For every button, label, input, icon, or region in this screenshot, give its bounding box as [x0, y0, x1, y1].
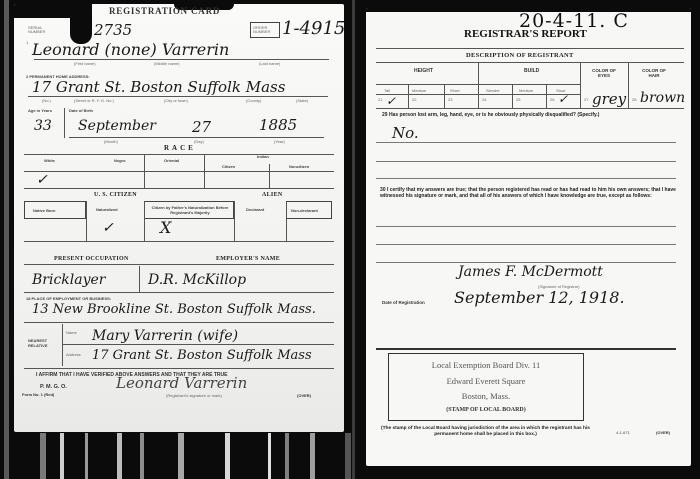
birth-year: 1885: [259, 116, 297, 134]
divider: [139, 266, 140, 292]
divider: [24, 171, 334, 172]
caption-county: (County): [246, 98, 261, 103]
divider: [512, 84, 513, 108]
divider: [62, 344, 334, 345]
caption-first-name: (First name): [74, 61, 96, 66]
divider: [234, 201, 235, 241]
film-streak: [40, 433, 46, 479]
build-col-slender: Slender: [486, 88, 500, 93]
divider: [376, 94, 580, 95]
film-streak: [285, 433, 289, 479]
film-streak: [60, 433, 64, 479]
col-father-label: Citizen by Father's Naturalization Befor…: [149, 205, 231, 215]
field-number: 26: [550, 97, 554, 102]
caption-street: (Street or R. F. D. No.): [74, 98, 114, 103]
divider: [408, 84, 409, 108]
col-non-declarant-label: Non-declarant: [291, 208, 318, 213]
col-non-declarant: Non-declarant: [286, 201, 332, 219]
divider: [376, 48, 684, 49]
occupation-label: PRESENT OCCUPATION: [54, 256, 129, 262]
registrars-report: 20-4-11. C REGISTRAR'S REPORT DESCRIPTIO…: [366, 8, 691, 466]
eyes-heading: COLOR OF EYES: [588, 68, 620, 78]
divider: [376, 62, 684, 63]
father-naturalization-mark: X: [160, 218, 171, 237]
date-of-registration-value: September 12, 1918.: [454, 288, 625, 307]
field-number: 25: [516, 97, 520, 102]
form-code: P. M. G. O.: [40, 384, 67, 390]
build-col-medium: Medium: [519, 88, 533, 93]
race-col-white: White: [44, 158, 55, 163]
col-father-naturalization: Citizen by Father's Naturalization Befor…: [144, 201, 234, 219]
divider: [376, 108, 684, 109]
blank-line: [376, 226, 676, 227]
signature-caption: (Registrant's signature or mark): [166, 393, 222, 398]
divider: [24, 264, 334, 265]
alien-heading: ALIEN: [262, 192, 283, 198]
col-native-born: Native Born: [24, 201, 86, 219]
birth-month: September: [78, 118, 156, 134]
divider: [34, 59, 329, 60]
divider: [64, 108, 65, 138]
blank-line: [376, 142, 676, 143]
caption-month: (Month): [104, 139, 118, 144]
divider: [269, 164, 270, 188]
eye-color-value: grey: [592, 90, 626, 108]
registrant-signature: Leonard Varrerin: [116, 374, 247, 392]
divider: [24, 241, 334, 242]
local-board-stamp: Local Exemption Board Div. 11 Edward Eve…: [388, 353, 584, 421]
stamp-city: Boston, Mass.: [389, 391, 583, 401]
film-streak: [225, 433, 230, 479]
serial-number: 2735: [94, 21, 132, 39]
height-heading: HEIGHT: [414, 68, 433, 74]
divider: [376, 84, 580, 85]
divider: [376, 348, 676, 350]
tall-checkmark: ✓: [386, 94, 396, 108]
race-col-negro: Negro: [114, 158, 126, 163]
serial-label: SERIAL NUMBER: [28, 26, 48, 34]
height-col-medium: Medium: [412, 88, 426, 93]
divider: [24, 322, 334, 323]
film-streak: [117, 433, 122, 479]
col-naturalized-label: Naturalized: [96, 207, 118, 212]
relative-name-label: Name: [66, 330, 77, 335]
build-heading: BUILD: [524, 68, 539, 74]
caption-middle-name: (Middle name): [154, 61, 180, 66]
disqualified-question: 29 Has person lost arm, leg, hand, eye, …: [382, 112, 599, 118]
divider: [24, 368, 334, 369]
us-citizen-heading: U. S. CITIZEN: [94, 192, 137, 198]
hair-heading: COLOR OF HAIR: [638, 68, 670, 78]
divider: [444, 84, 445, 108]
divider: [628, 62, 629, 108]
over-label: (OVER): [656, 430, 670, 435]
occupation-value: Bricklayer: [32, 272, 106, 288]
stamp-note: (The stamp of the Local Board having jur…: [378, 426, 593, 438]
film-streak: [268, 433, 271, 479]
divider: [24, 188, 334, 189]
hair-color-value: brown: [640, 90, 685, 106]
field-number: 21: [378, 97, 382, 102]
film-streak: [310, 433, 315, 479]
film-streak: [345, 433, 351, 479]
card-title: REGISTRATION CARD: [109, 6, 220, 16]
film-streak: [140, 433, 144, 479]
race-col-noncitizen: Noncitizen: [289, 164, 309, 169]
place-of-employment-value: 13 New Brookline St. Boston Suffolk Mass…: [32, 302, 316, 317]
over-label: (OVER): [297, 393, 311, 398]
date-of-registration-label: Date of Registration: [382, 300, 425, 305]
race-col-citizen: Citizen: [222, 164, 235, 169]
divider: [28, 96, 328, 97]
divider: [69, 137, 324, 138]
divider: [62, 324, 63, 366]
blank-line: [376, 178, 676, 179]
race-col-indian: Indian: [257, 154, 269, 159]
caption-city: (City or town): [164, 98, 188, 103]
stamp-address: Edward Everett Square: [389, 376, 583, 386]
order-label: ORDER NUMBER: [253, 26, 279, 34]
field-number: 28: [632, 97, 636, 102]
field-number: 24: [482, 97, 486, 102]
film-streak: [85, 433, 88, 479]
caption-state: (State): [296, 98, 308, 103]
divider: [580, 62, 581, 108]
divider: [286, 201, 287, 241]
age-value: 33: [34, 118, 52, 134]
order-number: 1-4915: [282, 18, 344, 39]
height-col-tall: Tall: [384, 88, 390, 93]
birth-day: 27: [192, 118, 211, 136]
naturalized-checkmark: ✓: [102, 220, 114, 236]
stamp-caption: (STAMP OF LOCAL BOARD): [389, 407, 583, 413]
divider: [144, 201, 145, 241]
order-label-box: ORDER NUMBER: [250, 22, 280, 38]
registration-card-front: REGISTRATION CARD SERIAL NUMBER 2735 ORD…: [14, 4, 344, 432]
relative-name-value: Mary Varrerin (wife): [92, 328, 238, 344]
caption-no: (No.): [42, 98, 51, 103]
film-edge: [4, 0, 9, 479]
race-heading: RACE: [164, 144, 196, 152]
blank-line: [376, 262, 676, 263]
name-field-number: 1: [26, 40, 28, 45]
divider: [86, 201, 87, 241]
home-address: 17 Grant St. Boston Suffolk Mass: [32, 78, 285, 96]
form-reference: 4-1-671: [616, 430, 630, 435]
height-col-short: Short: [450, 88, 460, 93]
age-label: Age in Years: [28, 108, 52, 113]
divider: [546, 84, 547, 108]
film-streak: [178, 433, 184, 479]
registrant-name: Leonard (none) Varrerin: [32, 40, 229, 59]
employer-label: EMPLOYER'S NAME: [216, 256, 280, 262]
divider: [24, 292, 334, 293]
col-declarant-label: Declarant: [246, 207, 264, 212]
nearest-relative-label: NEAREST RELATIVE: [28, 338, 54, 348]
caption-last-name: (Last name): [259, 61, 280, 66]
field-number: 22: [412, 97, 416, 102]
divider: [24, 154, 334, 155]
relative-address-value: 17 Grant St. Boston Suffolk Mass: [92, 348, 312, 363]
certify-text: 30 I certify that my answers are true; t…: [380, 187, 680, 199]
field-number: 27: [584, 97, 588, 102]
employer-value: D.R. McKillop: [148, 272, 246, 288]
form-number: Form No. 1 (Red): [22, 392, 54, 397]
dob-label: Date of Birth: [69, 108, 93, 113]
col-native-born-label: Native Born: [33, 208, 55, 213]
disqualified-answer: No.: [392, 124, 419, 142]
blank-line: [376, 161, 676, 162]
white-checkmark: ✓: [36, 172, 48, 188]
film-edge: [352, 0, 355, 479]
field-number: 23: [448, 97, 452, 102]
caption-year: (Year): [274, 139, 285, 144]
report-title: REGISTRAR'S REPORT: [464, 28, 587, 40]
blank-line: [376, 244, 676, 245]
registrar-signature: James F. McDermott: [458, 264, 603, 280]
stamp-board-name: Local Exemption Board Div. 11: [389, 360, 583, 370]
place-of-employment-label: 18 PLACE OF EMPLOYMENT OR BUSINESS:: [26, 296, 111, 301]
stout-checkmark: ✓: [558, 92, 568, 106]
relative-address-label: Address: [66, 352, 81, 357]
description-heading: DESCRIPTION OF REGISTRANT: [466, 52, 574, 59]
divider: [478, 62, 479, 108]
race-col-oriental: Oriental: [164, 158, 179, 163]
film-damage: [70, 4, 92, 44]
